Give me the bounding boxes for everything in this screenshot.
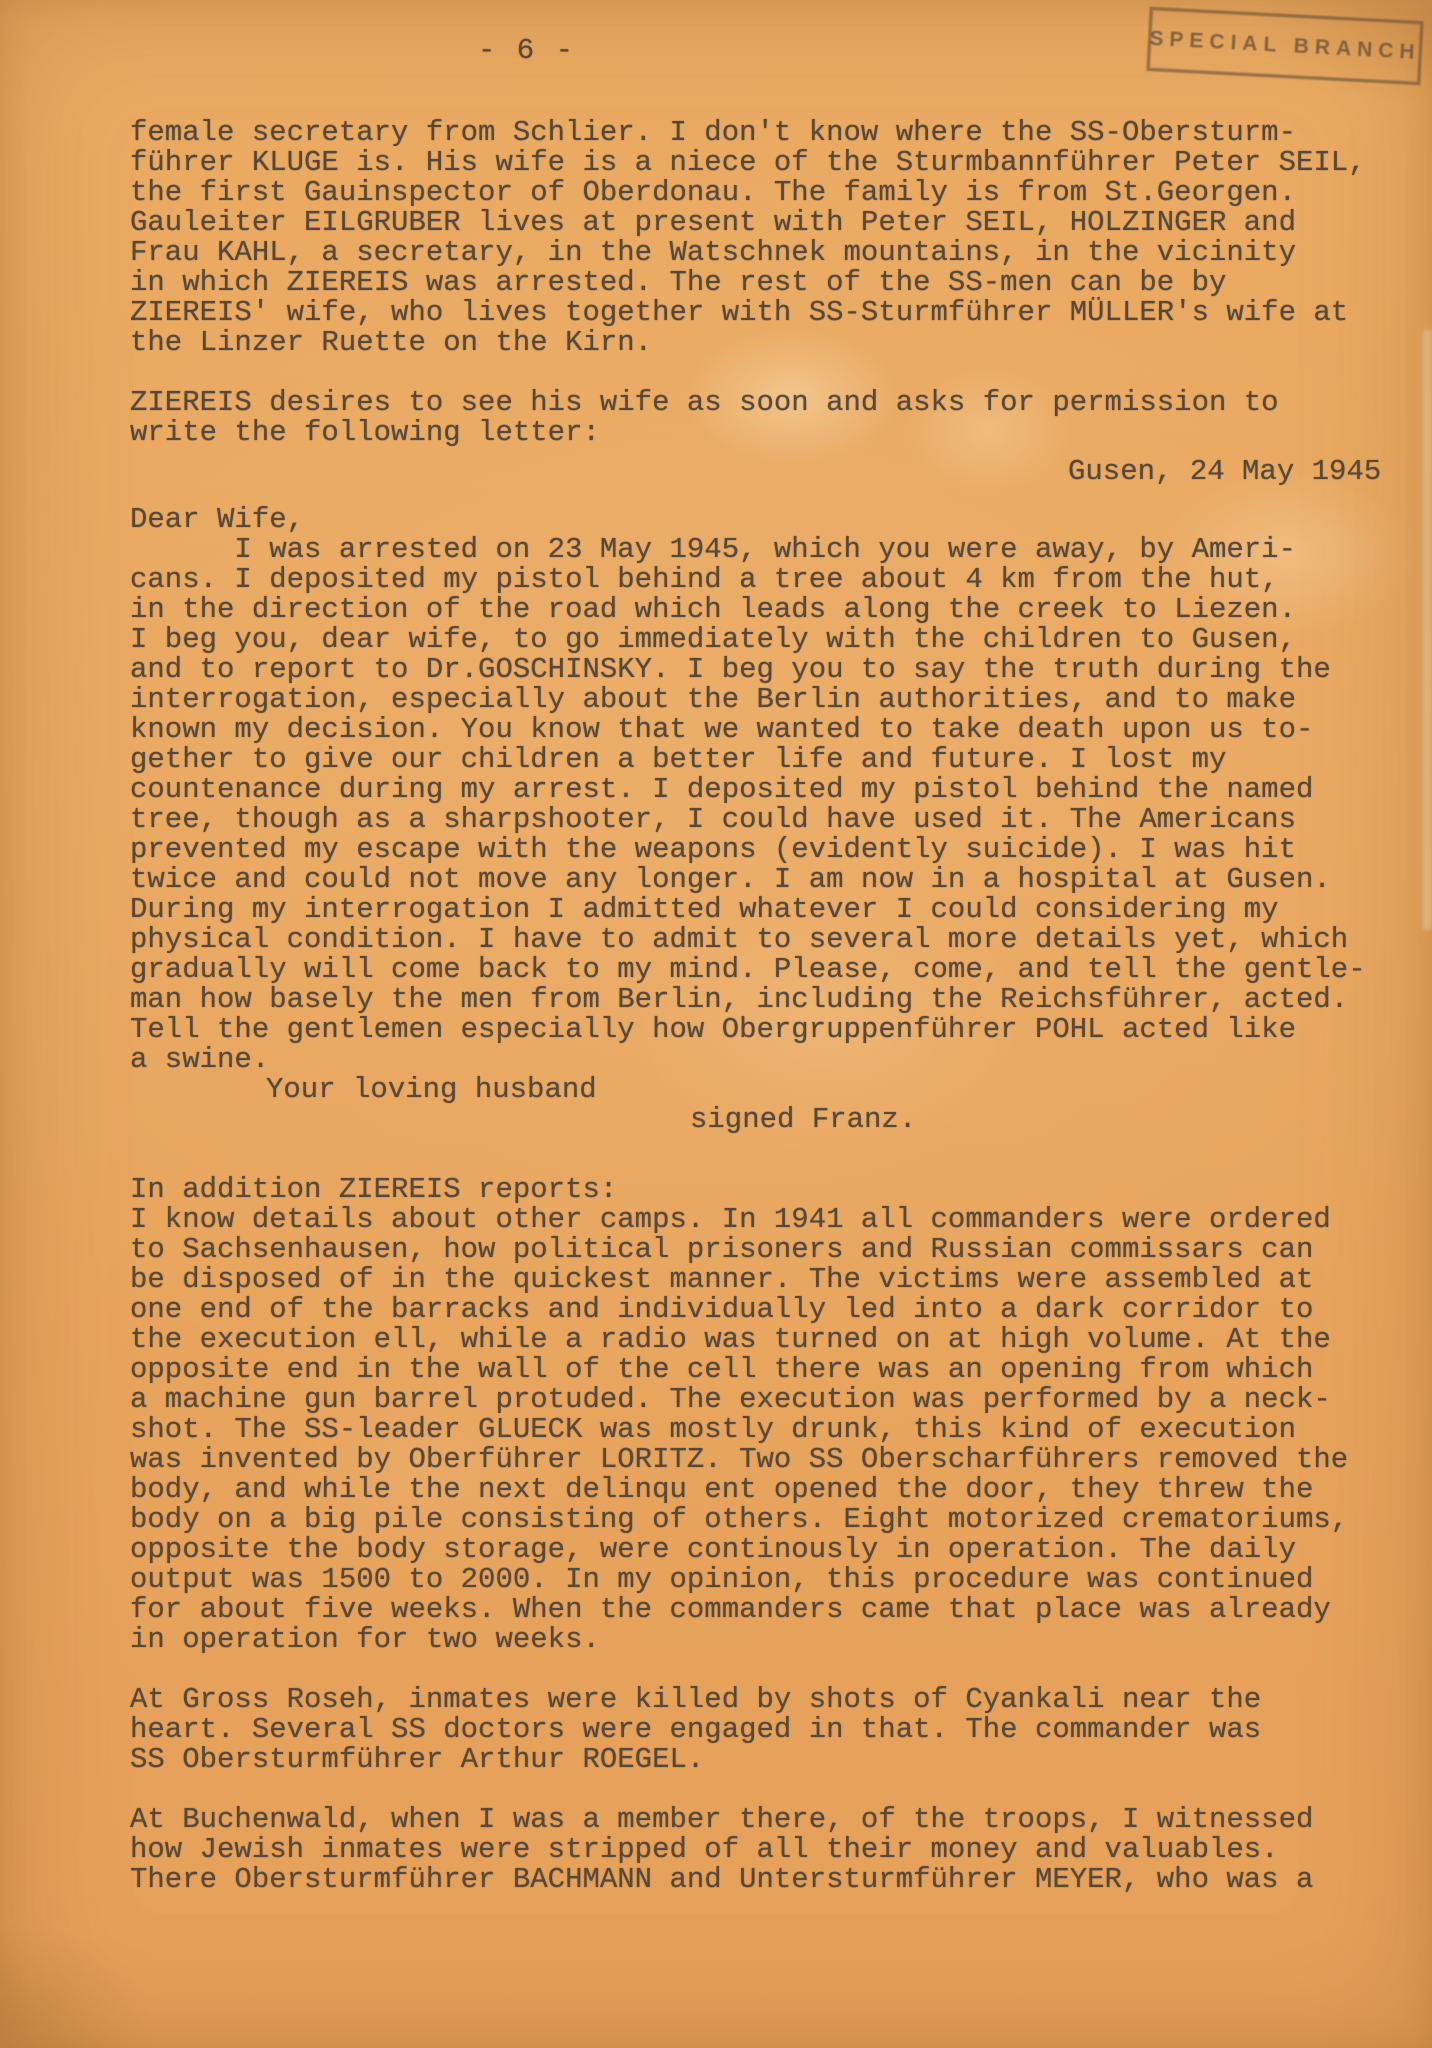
page-number: - 6 - bbox=[478, 36, 575, 66]
paragraph-letter-request: ZIEREIS desires to see his wife as soon … bbox=[130, 388, 1279, 448]
paragraph-ss-whereabouts: female secretary from Schlier. I don't k… bbox=[130, 118, 1366, 358]
paragraph-camps-report: In addition ZIEREIS reports: I know deta… bbox=[130, 1175, 1348, 1655]
letter-body: Dear Wife, I was arrested on 23 May 1945… bbox=[130, 505, 1366, 1075]
paragraph-buchenwald: At Buchenwald, when I was a member there… bbox=[130, 1805, 1313, 1895]
special-branch-stamp: SPECIAL BRANCH bbox=[1147, 7, 1424, 85]
letter-dateline: Gusen, 24 May 1945 bbox=[1068, 457, 1381, 487]
page-edge-highlight bbox=[1423, 330, 1432, 930]
paragraph-gross-rosen: At Gross Roseh, inmates were killed by s… bbox=[130, 1685, 1261, 1775]
stamp-label: SPECIAL BRANCH bbox=[1149, 27, 1421, 65]
letter-closing: Your loving husband bbox=[266, 1075, 597, 1105]
letter-signature: signed Franz. bbox=[690, 1105, 916, 1135]
